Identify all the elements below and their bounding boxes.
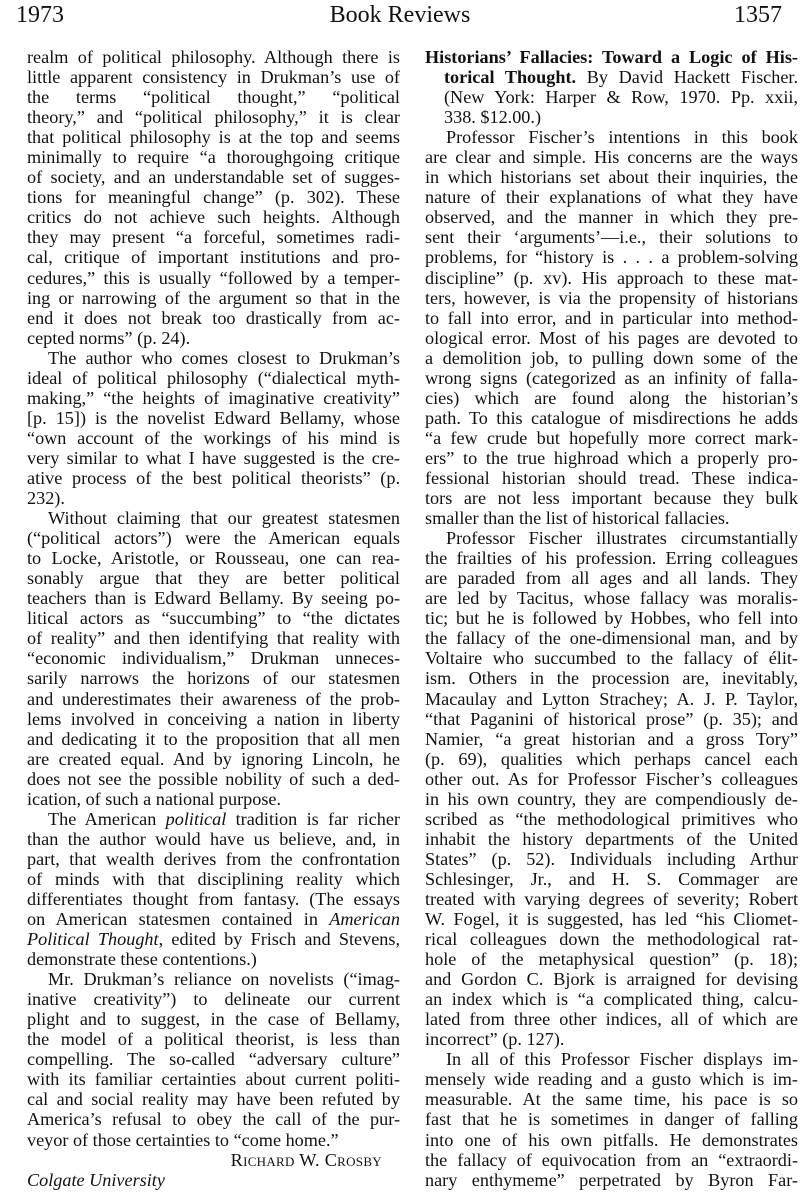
text-line: W. Fogel, it is suggested, has led “his … bbox=[425, 909, 798, 929]
text-run: , edited by Frisch and Stevens, bbox=[159, 929, 400, 949]
text-line: does not see the possible nobility of su… bbox=[27, 769, 400, 789]
text-line: the frailties of his profession. Erring … bbox=[425, 548, 798, 568]
text-line: than the author would have us believe, a… bbox=[27, 829, 400, 849]
italic-term: political bbox=[166, 809, 227, 829]
text-run: tradition is far richer bbox=[226, 809, 400, 829]
text-line: the fallacy of equivocation from an “ext… bbox=[425, 1150, 798, 1170]
text-line: of society, and an understandable set of… bbox=[27, 167, 400, 187]
text-line: “own account of the workings of his mind… bbox=[27, 428, 400, 448]
review-heading: Historians’ Fallacies: Toward a Logic of… bbox=[425, 47, 798, 127]
text-line: Schlesinger, Jr., and H. S. Commager are bbox=[425, 869, 798, 889]
publication-info: 338. $12.00.) bbox=[425, 107, 798, 127]
text-line: demonstrate these contentions.) bbox=[27, 949, 400, 969]
paragraph-start: Professor Fischer illustrates circumstan… bbox=[425, 528, 798, 548]
text-line: little apparent consistency in Drukman’s… bbox=[27, 67, 400, 87]
text-line: in which historians set about their inqu… bbox=[425, 167, 798, 187]
text-line: ideal of political philosophy (“dialecti… bbox=[27, 368, 400, 388]
paragraph-start: The author who comes closest to Drukman’… bbox=[27, 348, 400, 368]
text-line: of minds with that disciplining reality … bbox=[27, 869, 400, 889]
text-line: to Locke, Aristotle, or Rousseau, one ca… bbox=[27, 548, 400, 568]
book-title-bold: torical Thought. bbox=[444, 67, 576, 87]
text-line: “a few crude but hopefully more correct … bbox=[425, 428, 798, 448]
text-line: observed, and the manner in which they p… bbox=[425, 207, 798, 227]
text-line: cepted norms” (p. 24). bbox=[27, 328, 400, 348]
text-line: are led by Tacitus, whose fallacy was mo… bbox=[425, 588, 798, 608]
text-line: wrong signs (categorized as an infinity … bbox=[425, 368, 798, 388]
text-line: litical actors as “succumbing” to “the d… bbox=[27, 608, 400, 628]
text-line: of reality” and then identifying that re… bbox=[27, 628, 400, 648]
text-line: (“political actors”) were the American e… bbox=[27, 528, 400, 548]
text-line: with its familiar certainties about curr… bbox=[27, 1069, 400, 1089]
text-line: ers” to the true highroad which a proper… bbox=[425, 448, 798, 468]
text-line: [p. 15]) is the novelist Edward Bellamy,… bbox=[27, 408, 400, 428]
page-number: 1357 bbox=[734, 2, 782, 29]
text-line: making,” “the heights of imaginative cre… bbox=[27, 388, 400, 408]
text-line: ative process of the best political theo… bbox=[27, 468, 400, 488]
text-line: scribed as “the methodological primitive… bbox=[425, 809, 798, 829]
paragraph-start: Without claiming that our greatest state… bbox=[27, 508, 400, 528]
text-line: America’s refusal to obey the call of th… bbox=[27, 1109, 400, 1129]
left-column: realm of political philosophy. Although … bbox=[27, 47, 400, 1190]
text-line: tors are not less important because they… bbox=[425, 488, 798, 508]
text-line: cies) which are found along the historia… bbox=[425, 388, 798, 408]
text-line: plight and to suggest, in the case of Be… bbox=[27, 1009, 400, 1029]
text-line: and underestimates their awareness of th… bbox=[27, 689, 400, 709]
text-line: fast that he is sometimes in danger of f… bbox=[425, 1109, 798, 1129]
text-line: Political Thought, edited by Frisch and … bbox=[27, 929, 400, 949]
text-line: path. To this catalogue of misdirections… bbox=[425, 408, 798, 428]
text-line: veyor of those certainties to “come home… bbox=[27, 1130, 400, 1150]
text-line: sonably argue that they are better polit… bbox=[27, 568, 400, 588]
text-run: The American bbox=[48, 809, 166, 829]
text-line: the model of a political theorist, is le… bbox=[27, 1029, 400, 1049]
text-line: the terms “political thought,” “politica… bbox=[27, 87, 400, 107]
text-line: the fallacy of the one-dimensional man, … bbox=[425, 628, 798, 648]
text-line: other out. As for Professor Fischer’s co… bbox=[425, 769, 798, 789]
publication-info: (New York: Harper & Row, 1970. Pp. xxii, bbox=[425, 87, 798, 107]
book-author-line: torical Thought. By David Hackett Fische… bbox=[425, 67, 798, 87]
right-column: Historians’ Fallacies: Toward a Logic of… bbox=[425, 47, 798, 1190]
book-title-bold: Historians’ Fallacies: Toward a Logic of… bbox=[425, 47, 798, 67]
text-line: hole of the metaphysical question” (p. 1… bbox=[425, 949, 798, 969]
text-line: tic; but he is followed by Hobbes, who f… bbox=[425, 608, 798, 628]
text-line: theory,” and “political philosophy,” it … bbox=[27, 107, 400, 127]
text-line: compelling. The so-called “adversary cul… bbox=[27, 1049, 400, 1069]
text-line: realm of political philosophy. Although … bbox=[27, 47, 400, 67]
text-line: ters, however, is via the propensity of … bbox=[425, 288, 798, 308]
text-line: mensely wide reading and a gusto which i… bbox=[425, 1069, 798, 1089]
text-line: cal, critique of important institutions … bbox=[27, 247, 400, 267]
text-line: ing or narrowing of the argument so that… bbox=[27, 288, 400, 308]
paragraph-start: Professor Fischer’s intentions in this b… bbox=[425, 127, 798, 147]
text-line: that political philosophy is at the top … bbox=[27, 127, 400, 147]
text-line: Namier, “a great historian and a gross T… bbox=[425, 729, 798, 749]
text-line: incorrect” (p. 127). bbox=[425, 1029, 798, 1049]
section-title: Book Reviews bbox=[0, 2, 800, 29]
text-line: 232). bbox=[27, 488, 400, 508]
text-line: to fall into error, and in particular in… bbox=[425, 308, 798, 328]
book-title-italic: American bbox=[329, 909, 400, 929]
text-line: ication, of such a national purpose. bbox=[27, 789, 400, 809]
book-author: By David Hackett Fischer. bbox=[576, 67, 798, 87]
book-title: Historians’ Fallacies: Toward a Logic of… bbox=[425, 47, 798, 67]
text-line: cedures,” this is usually “followed by a… bbox=[27, 268, 400, 288]
text-line: lems involved in conceiving a nation in … bbox=[27, 709, 400, 729]
text-run: on American statesmen contained in bbox=[27, 909, 329, 929]
text-line: cal and social reality may have been ref… bbox=[27, 1089, 400, 1109]
text-line: ological error. Most of his pages are de… bbox=[425, 328, 798, 348]
reviewer-affiliation: Colgate University bbox=[27, 1170, 400, 1190]
text-line: measurable. At the same time, his pace i… bbox=[425, 1089, 798, 1109]
text-line: “that Paganini of historical prose” (p. … bbox=[425, 709, 798, 729]
running-head: 1973 Book Reviews 1357 bbox=[0, 0, 800, 40]
text-line: tions for meaningful change” (p. 302). T… bbox=[27, 187, 400, 207]
reviewer-signature: Richard W. Crosby bbox=[27, 1150, 400, 1170]
text-line: “economic individualism,” Drukman unnece… bbox=[27, 648, 400, 668]
text-line: nature of their explanations of what the… bbox=[425, 187, 798, 207]
text-line: nary enthymeme” perpetrated by Byron Far… bbox=[425, 1170, 798, 1190]
text-line: critics do not achieve such heights. Alt… bbox=[27, 207, 400, 227]
text-line: and Gordon C. Bjork is arraigned for dev… bbox=[425, 969, 798, 989]
text-line: on American statesmen contained in Ameri… bbox=[27, 909, 400, 929]
text-line: they may present “a forceful, sometimes … bbox=[27, 227, 400, 247]
text-line: an index which is “a complicated thing, … bbox=[425, 989, 798, 1009]
text-line: smaller than the list of historical fall… bbox=[425, 508, 798, 528]
text-line: (p. 69), qualities which perhaps cancel … bbox=[425, 749, 798, 769]
text-line: are created equal. And by ignoring Linco… bbox=[27, 749, 400, 769]
text-line: sent their ‘arguments’—i.e., their solut… bbox=[425, 227, 798, 247]
text-line: ism. Others in the procession are, inevi… bbox=[425, 668, 798, 688]
text-line: Macaulay and Lytton Strachey; A. J. P. T… bbox=[425, 689, 798, 709]
text-line: part, that wealth derives from the confr… bbox=[27, 849, 400, 869]
text-line: are clear and simple. His concerns are t… bbox=[425, 147, 798, 167]
text-line: fessional historian should tread. These … bbox=[425, 468, 798, 488]
text-line: in his own country, they are compendious… bbox=[425, 789, 798, 809]
text-line: inative creativity”) to delineate our cu… bbox=[27, 989, 400, 1009]
text-line: sarily narrows the horizons of our state… bbox=[27, 668, 400, 688]
text-line: inhabit the history departments of the U… bbox=[425, 829, 798, 849]
text-line: teachers than is Edward Bellamy. By seei… bbox=[27, 588, 400, 608]
text-line: lated from three other indices, all of w… bbox=[425, 1009, 798, 1029]
text-line: Voltaire who succumbed to the fallacy of… bbox=[425, 648, 798, 668]
text-line: discipline” (p. xv). His approach to the… bbox=[425, 268, 798, 288]
text-line: a demolition job, to pulling down some o… bbox=[425, 348, 798, 368]
paragraph-start: Mr. Drukman’s reliance on novelists (“im… bbox=[27, 969, 400, 989]
text-line: minimally to require “a thoroughgoing cr… bbox=[27, 147, 400, 167]
paragraph-start: In all of this Professor Fischer display… bbox=[425, 1049, 798, 1069]
text-line: rical colleagues down the methodological… bbox=[425, 929, 798, 949]
text-line: problems, for “history is . . . a proble… bbox=[425, 247, 798, 267]
text-line: into one of his own pitfalls. He demonst… bbox=[425, 1130, 798, 1150]
text-line: are paraded from all ages and all lands.… bbox=[425, 568, 798, 588]
text-line: and dedicating it to the proposition tha… bbox=[27, 729, 400, 749]
text-line: treated with varying degrees of severity… bbox=[425, 889, 798, 909]
text-line: very similar to what I have suggested is… bbox=[27, 448, 400, 468]
text-line: end it does not break too drastically fr… bbox=[27, 308, 400, 328]
text-line: States” (p. 52). Individuals including A… bbox=[425, 849, 798, 869]
text-line: differentiates thought from fantasy. (Th… bbox=[27, 889, 400, 909]
book-title-italic: Political Thought bbox=[27, 929, 159, 949]
paragraph-start: The American political tradition is far … bbox=[27, 809, 400, 829]
